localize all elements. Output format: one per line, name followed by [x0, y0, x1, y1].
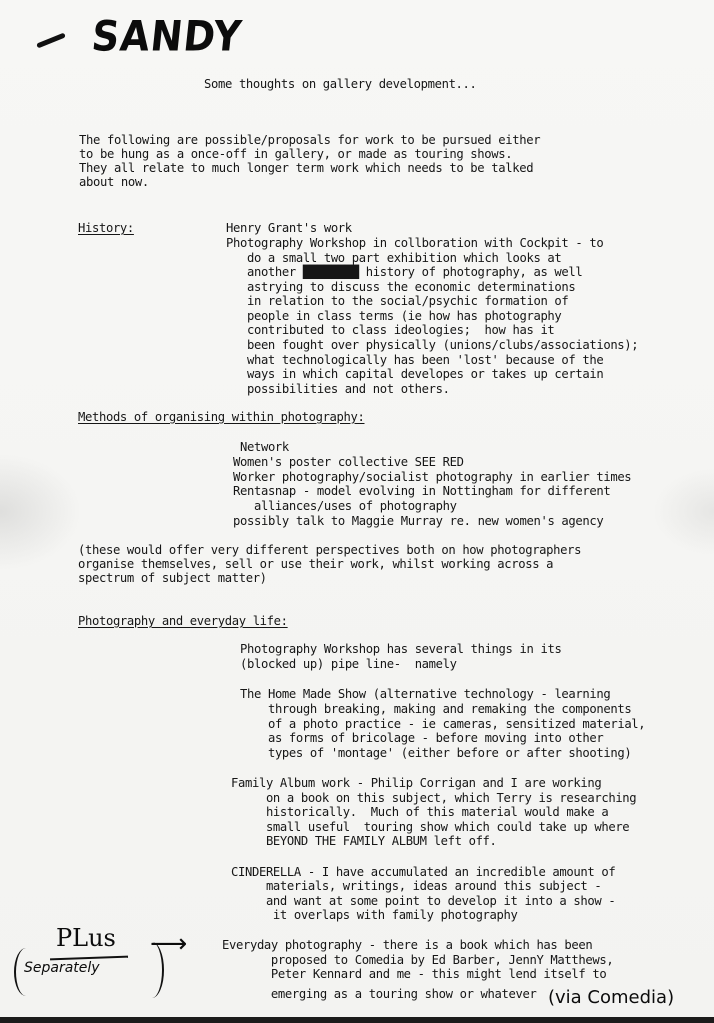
history-line: Photography Workshop in collboration wit…: [226, 236, 603, 251]
family-album-line: on a book on this subject, which Terry i…: [231, 791, 636, 806]
history-heading: History:: [78, 221, 134, 236]
document-page: SANDY Some thoughts on gallery developme…: [0, 0, 714, 1023]
everyday-intro-line: Photography Workshop has several things …: [240, 642, 561, 657]
methods-item: Women's poster collective SEE RED: [233, 455, 464, 470]
history-line: what technologically has been 'lost' bec…: [226, 353, 603, 368]
history-line: do a small two part exhibition which loo…: [226, 251, 561, 266]
methods-item: Network: [233, 440, 289, 455]
history-line: another ████████ history of photography,…: [226, 265, 582, 280]
methods-note-line: organise themselves, sell or use their w…: [78, 557, 553, 572]
home-made-show-line: as forms of bricolage - before moving in…: [240, 731, 603, 746]
home-made-show-line: types of 'montage' (either before or aft…: [240, 746, 631, 761]
cinderella-line: and want at some point to develop it int…: [231, 894, 615, 909]
intro-line: They all relate to much longer term work…: [79, 161, 533, 176]
history-line: contributed to class ideologies; how has…: [226, 323, 554, 338]
family-album-line: BEYOND THE FAMILY ALBUM left off.: [231, 834, 497, 849]
handwritten-separately: Separately: [24, 960, 100, 976]
methods-item: alliances/uses of photography: [233, 499, 457, 514]
handwritten-plus: PLus: [56, 924, 116, 952]
page-bottom-edge: [0, 1017, 714, 1023]
home-made-show-line: of a photo practice - ie cameras, sensit…: [240, 717, 645, 732]
home-made-show-line: The Home Made Show (alternative technolo…: [240, 687, 610, 702]
cinderella-line: CINDERELLA - I have accumulated an incre…: [231, 865, 615, 880]
methods-note-line: (these would offer very different perspe…: [78, 543, 581, 558]
methods-note-line: spectrum of subject matter): [78, 571, 267, 586]
page-title: Some thoughts on gallery development...: [204, 77, 477, 92]
cinderella-line: it overlaps with family photography: [231, 908, 518, 923]
everyday-photography-line: Everyday photography - there is a book w…: [222, 938, 592, 953]
everyday-photography-line: proposed to Comedia by Ed Barber, JennY …: [222, 953, 613, 968]
everyday-intro-line: (blocked up) pipe line- namely: [240, 657, 457, 672]
methods-item: possibly talk to Maggie Murray re. new w…: [233, 514, 603, 529]
family-album-line: Family Album work - Philip Corrigan and …: [231, 776, 601, 791]
intro-line: about now.: [79, 175, 149, 190]
everyday-photography-line: emerging as a touring show or whatever: [222, 987, 536, 1002]
history-line: been fought over physically (unions/club…: [226, 338, 638, 353]
handwritten-dash: [36, 33, 66, 49]
methods-item: Rentasnap - model evolving in Nottingham…: [233, 484, 610, 499]
history-line: astrying to discuss the economic determi…: [226, 280, 575, 295]
handwritten-arrow-icon: ⟶: [150, 929, 187, 959]
intro-line: The following are possible/proposals for…: [79, 133, 540, 148]
intro-line: to be hung as a once-off in gallery, or …: [79, 147, 512, 162]
home-made-show-line: through breaking, making and remaking th…: [240, 702, 631, 717]
everyday-photography-line: Peter Kennard and me - this might lend i…: [222, 967, 606, 982]
history-line: possibilities and not others.: [226, 382, 450, 397]
history-line: in relation to the social/psychic format…: [226, 294, 568, 309]
family-album-line: historically. Much of this material woul…: [231, 805, 608, 820]
everyday-heading: Photography and everyday life:: [78, 614, 288, 629]
history-line: people in class terms (ie how has photog…: [226, 309, 561, 324]
family-album-line: small useful touring show which could ta…: [231, 820, 629, 835]
handwritten-name: SANDY: [89, 12, 244, 60]
history-line: ways in which capital developes or takes…: [226, 367, 603, 382]
handwritten-via-comedia: (via Comedia): [548, 987, 674, 1008]
history-line: Henry Grant's work: [226, 221, 352, 236]
methods-heading: Methods of organising within photography…: [78, 410, 365, 425]
methods-item: Worker photography/socialist photography…: [233, 470, 631, 485]
cinderella-line: materials, writings, ideas around this s…: [231, 879, 601, 894]
